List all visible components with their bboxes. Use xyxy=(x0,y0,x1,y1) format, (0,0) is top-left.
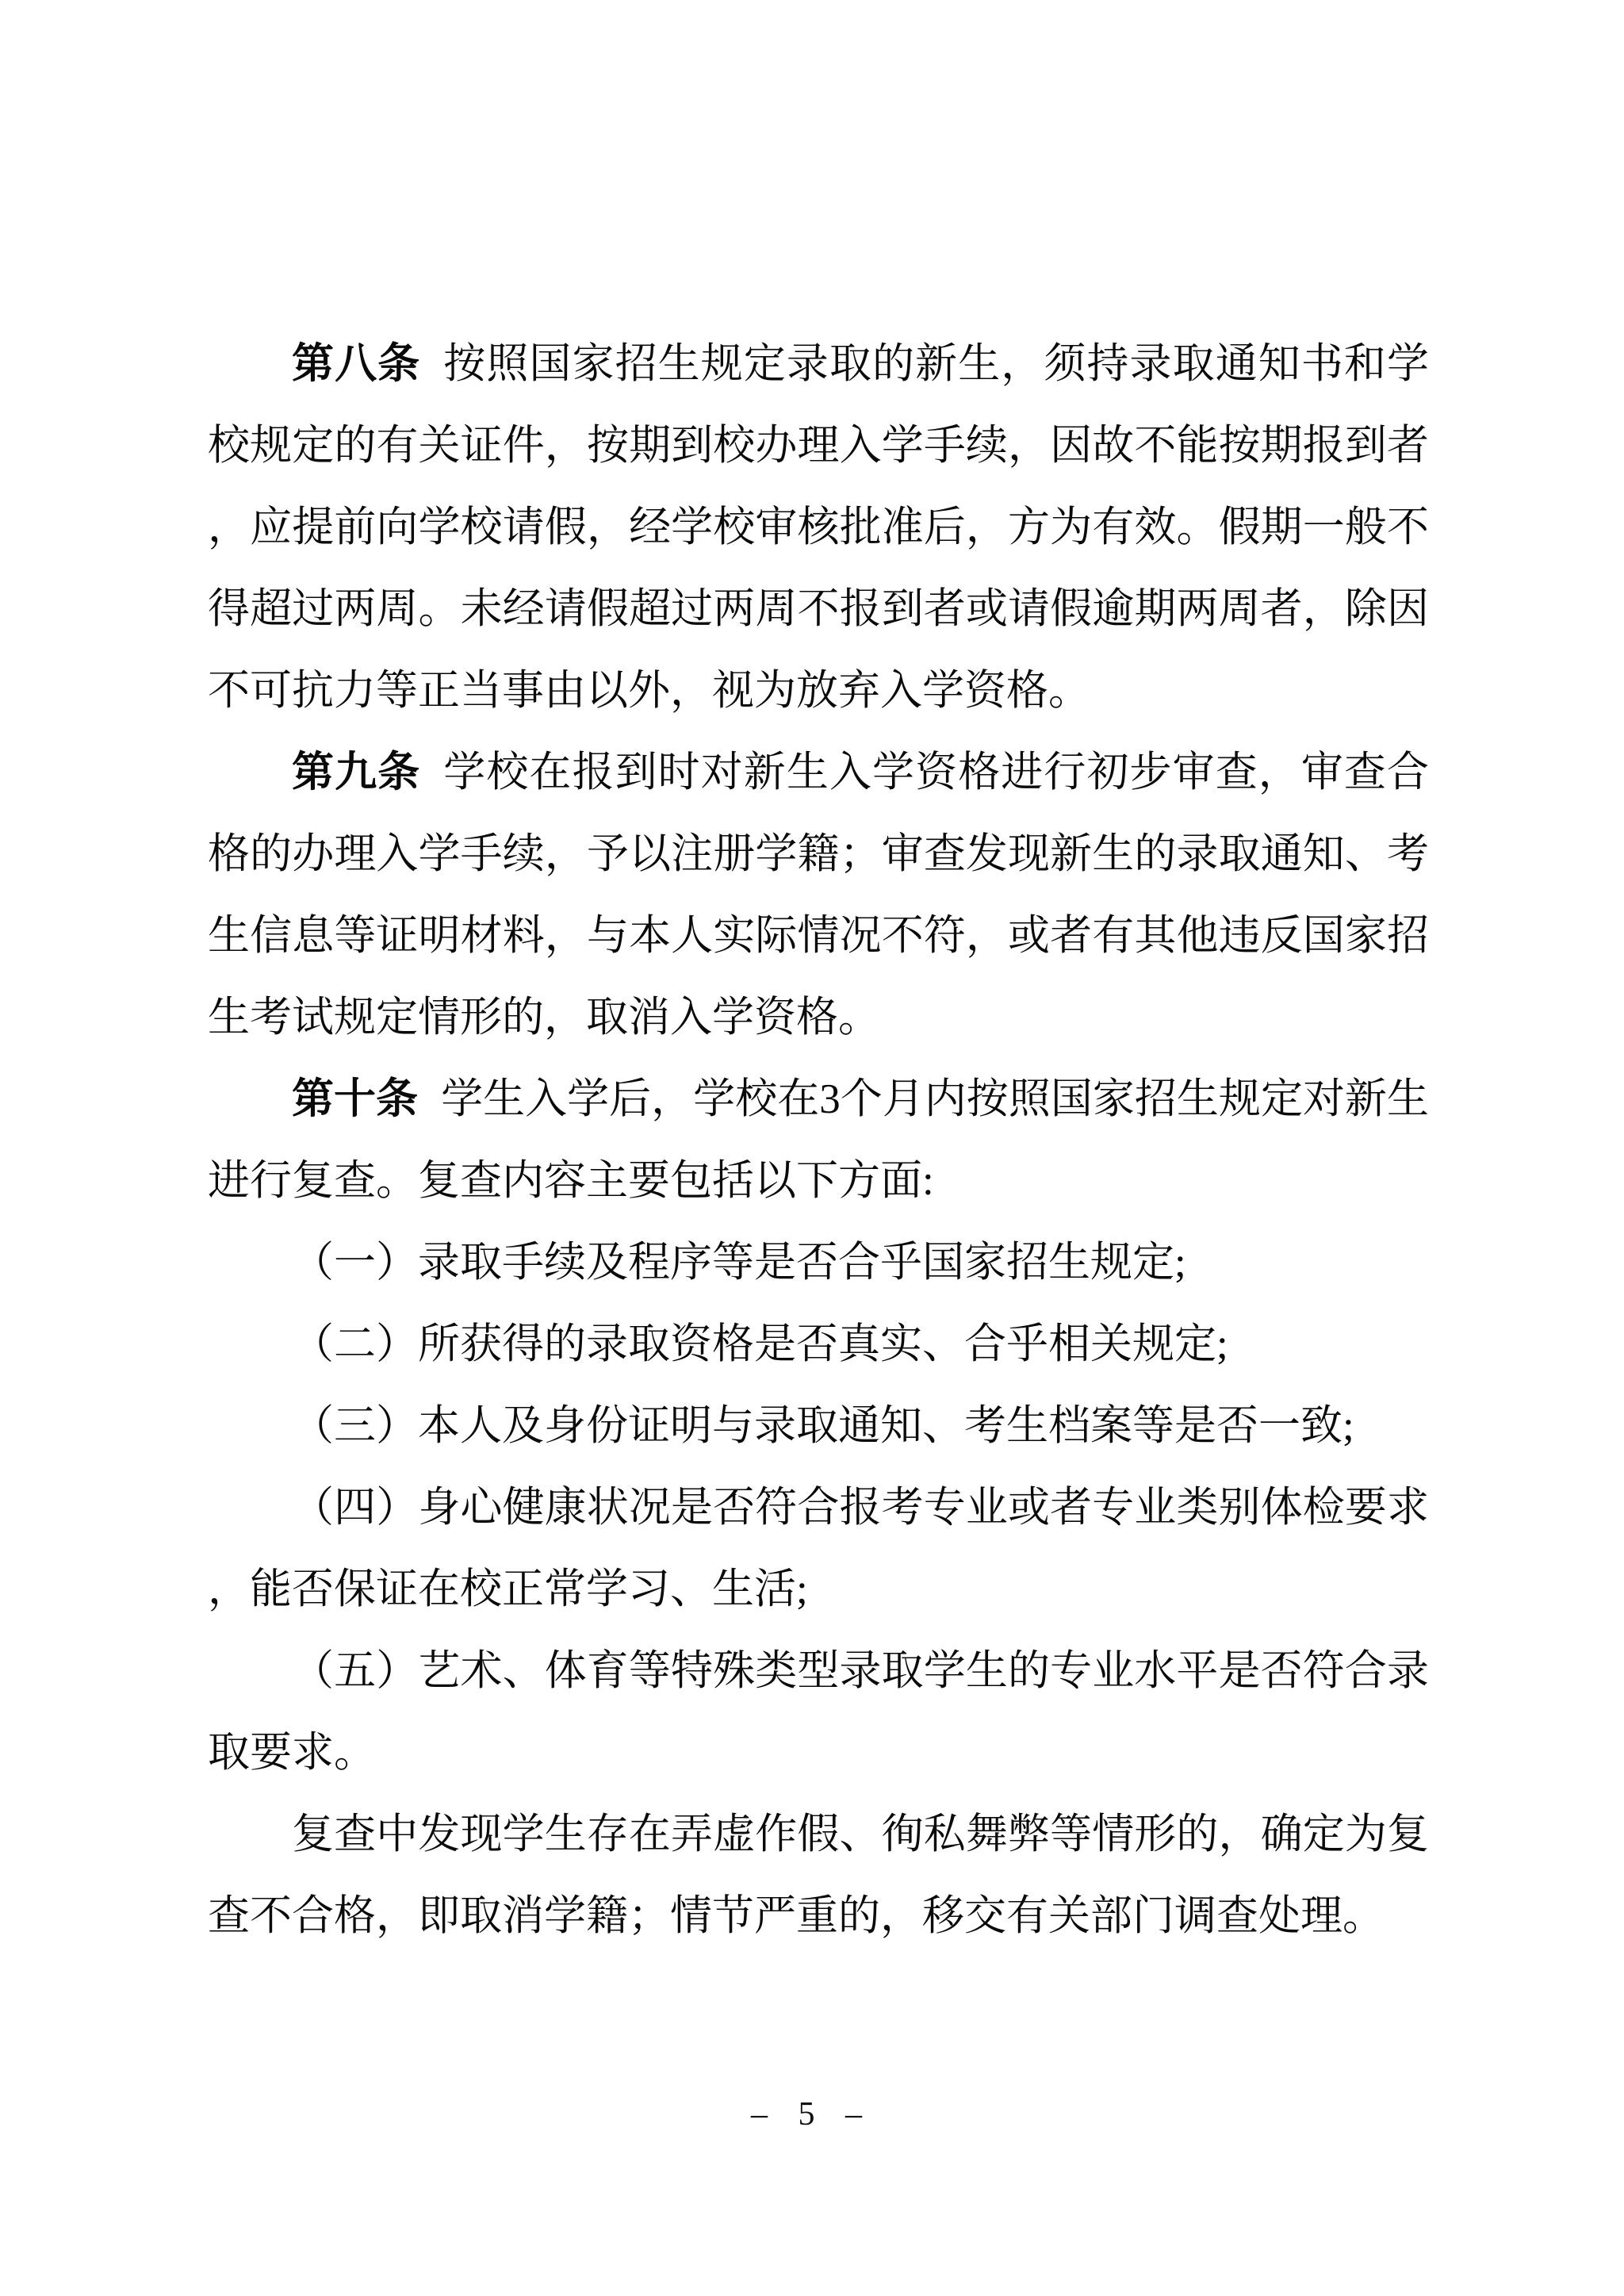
text-line: （四）身心健康状况是否符合报考专业或者专业类别体检要求 xyxy=(208,1467,1429,1549)
text-line: ，能否保证在校正常学习、生活; xyxy=(208,1549,1429,1631)
text-line: 得超过两周。未经请假超过两周不报到者或请假逾期两周者，除因 xyxy=(208,569,1429,650)
document-body: 第八条按照国家招生规定录取的新生，须持录取通知书和学校规定的有关证件，按期到校办… xyxy=(208,324,1429,1957)
text-line: 取要求。 xyxy=(208,1712,1429,1794)
page-number: – 5 – xyxy=(0,2091,1624,2138)
article-line: 第八条按照国家招生规定录取的新生，须持录取通知书和学 xyxy=(208,324,1429,405)
text-line: 查不合格，即取消学籍；情节严重的，移交有关部门调查处理。 xyxy=(208,1876,1429,1957)
text-line: （二）所获得的录取资格是否真实、合乎相关规定; xyxy=(208,1304,1429,1386)
article-line: 第十条学生入学后，学校在3个月内按照国家招生规定对新生 xyxy=(208,1059,1429,1140)
text-line: 校规定的有关证件，按期到校办理入学手续，因故不能按期报到者 xyxy=(208,405,1429,487)
text-line: 复查中发现学生存在弄虚作假、徇私舞弊等情形的，确定为复 xyxy=(208,1794,1429,1876)
text-line: （五）艺术、体育等特殊类型录取学生的专业水平是否符合录 xyxy=(208,1631,1429,1712)
text-line: 生考试规定情形的，取消入学资格。 xyxy=(208,977,1429,1059)
article-number: 第八条 xyxy=(292,341,420,387)
article-line: 第九条学校在报到时对新生入学资格进行初步审查，审查合 xyxy=(208,732,1429,814)
text-line: ，应提前向学校请假，经学校审核批准后，方为有效。假期一般不 xyxy=(208,487,1429,569)
document-page: 第八条按照国家招生规定录取的新生，须持录取通知书和学校规定的有关证件，按期到校办… xyxy=(0,0,1624,2296)
text-line: 进行复查。复查内容主要包括以下方面: xyxy=(208,1140,1429,1222)
article-number: 第九条 xyxy=(292,749,420,795)
article-number: 第十条 xyxy=(292,1076,418,1122)
text-line: （一）录取手续及程序等是否合乎国家招生规定; xyxy=(208,1222,1429,1304)
text-line: 生信息等证明材料，与本人实际情况不符，或者有其他违反国家招 xyxy=(208,895,1429,977)
text-line: 格的办理入学手续，予以注册学籍；审查发现新生的录取通知、考 xyxy=(208,814,1429,895)
text-line: 不可抗力等正当事由以外，视为放弃入学资格。 xyxy=(208,650,1429,732)
text-line: （三）本人及身份证明与录取通知、考生档案等是否一致; xyxy=(208,1386,1429,1467)
